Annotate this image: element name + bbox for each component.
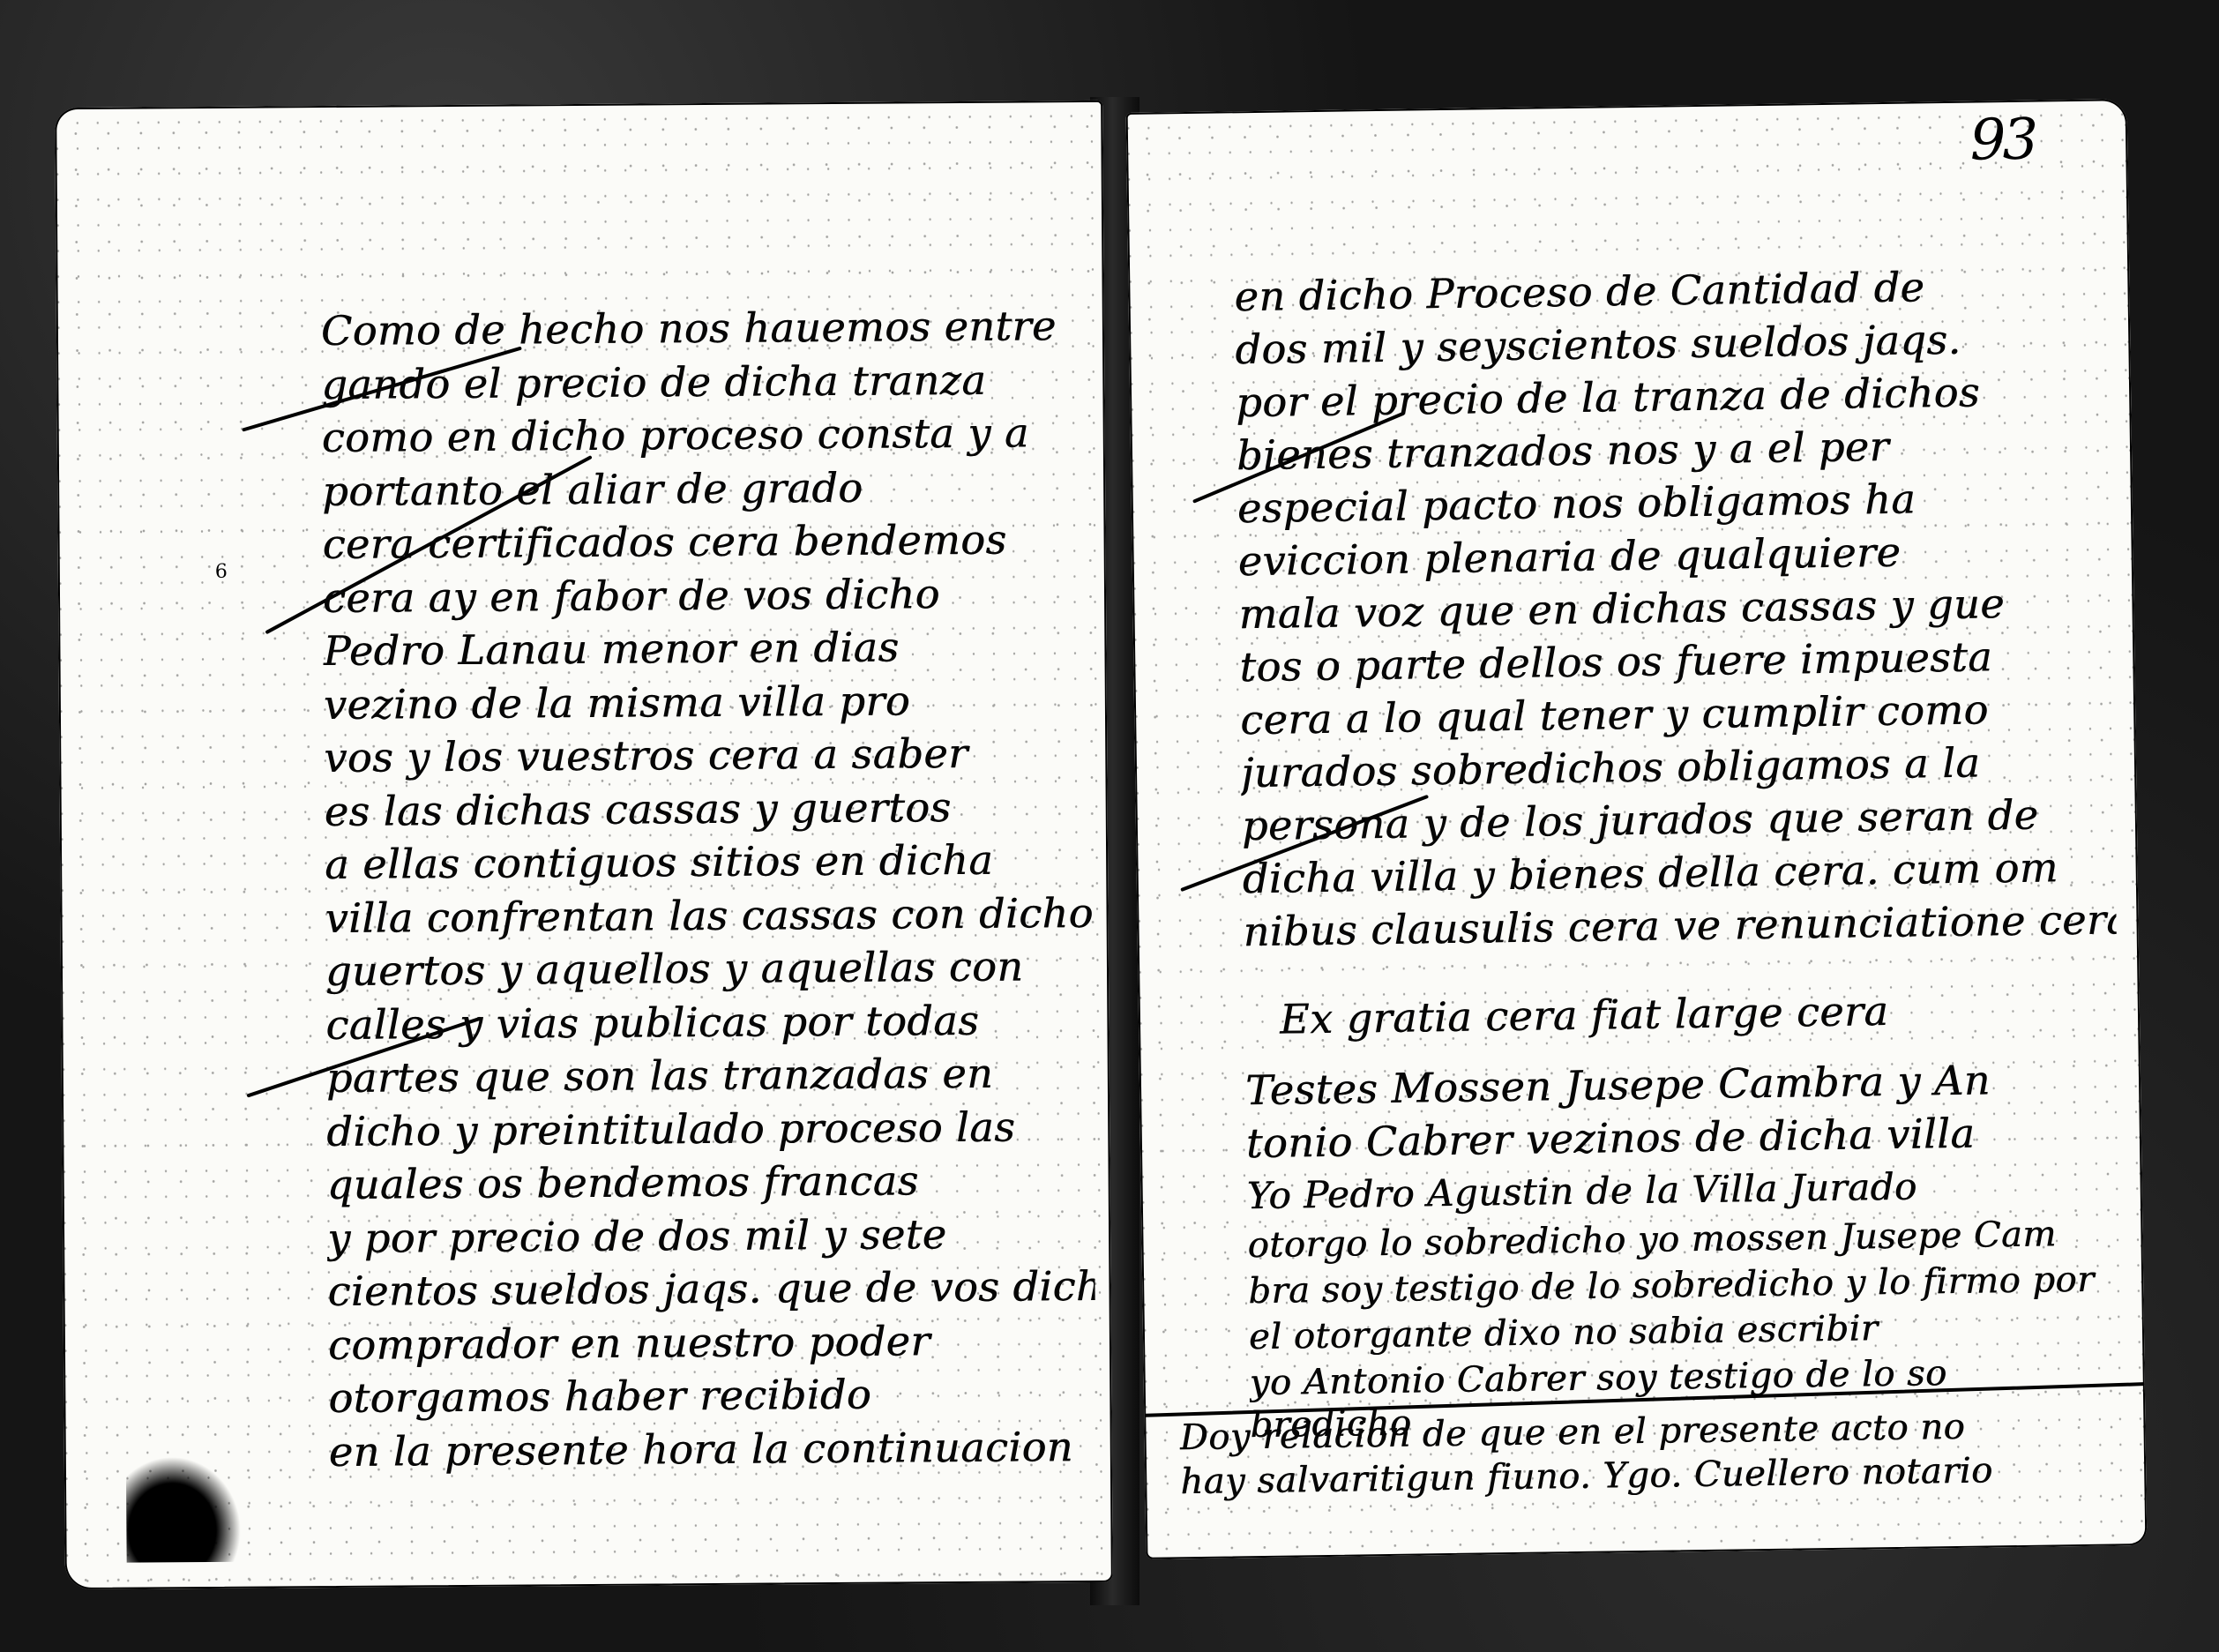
right-page-text: en dicho Proceso de Cantidad de dos mil … bbox=[1234, 258, 2124, 1445]
text-line: y por precio de dos mil y sete bbox=[327, 1206, 1095, 1265]
text-line: vos y los vuestros cera a saber bbox=[324, 726, 1091, 785]
text-line: a ellas contiguos sitios en dicha bbox=[325, 833, 1092, 892]
text-line: cera ay en fabor de vos dicho bbox=[323, 565, 1090, 624]
left-page: 6 Como de hecho nos hauemos entre gando … bbox=[55, 101, 1113, 1589]
text-line: otorgamos haber recibido bbox=[328, 1366, 1095, 1425]
text-line: cientos sueldos jaqs. que de vos dicho bbox=[327, 1260, 1095, 1319]
text-line: partes que son las tranzadas en bbox=[326, 1046, 1094, 1105]
folio-number: 93 bbox=[1969, 108, 2035, 174]
text-line: vezino de la misma villa pro bbox=[324, 672, 1091, 731]
right-page: 93 en dicho Proceso de Cantidad de dos m… bbox=[1126, 99, 2148, 1559]
text-line: Como de hecho nos hauemos entre bbox=[321, 299, 1088, 358]
text-line: calles y vias publicas por todas bbox=[325, 992, 1093, 1051]
text-line: portanto el aliar de grado bbox=[322, 459, 1089, 518]
footnote: Doy relacion de que en el presente acto … bbox=[1179, 1402, 2124, 1504]
text-line: Pedro Lanau menor en dias bbox=[323, 619, 1090, 678]
text-line: villa confrentan las cassas con dichos bbox=[325, 886, 1092, 945]
text-line: cera certificados cera bendemos bbox=[322, 512, 1089, 572]
margin-mark: 6 bbox=[215, 561, 228, 583]
left-page-text: Como de hecho nos hauemos entre gando el… bbox=[321, 299, 1096, 1478]
text-line: gando el precio de dicha tranza bbox=[321, 352, 1088, 411]
text-line: guertos y aquellos y aquellas con bbox=[325, 939, 1093, 998]
ink-blot bbox=[126, 1456, 242, 1563]
text-line: es las dichas cassas y guertos bbox=[325, 779, 1092, 838]
text-line: quales os bendemos francas bbox=[326, 1153, 1094, 1212]
text-line: dicho y preintitulado proceso las bbox=[326, 1099, 1094, 1158]
text-line: como en dicho proceso consta y a bbox=[322, 406, 1089, 465]
text-line: comprador en nuestro poder bbox=[328, 1312, 1095, 1372]
text-line: en la presente hora la continuacion bbox=[329, 1419, 1096, 1478]
